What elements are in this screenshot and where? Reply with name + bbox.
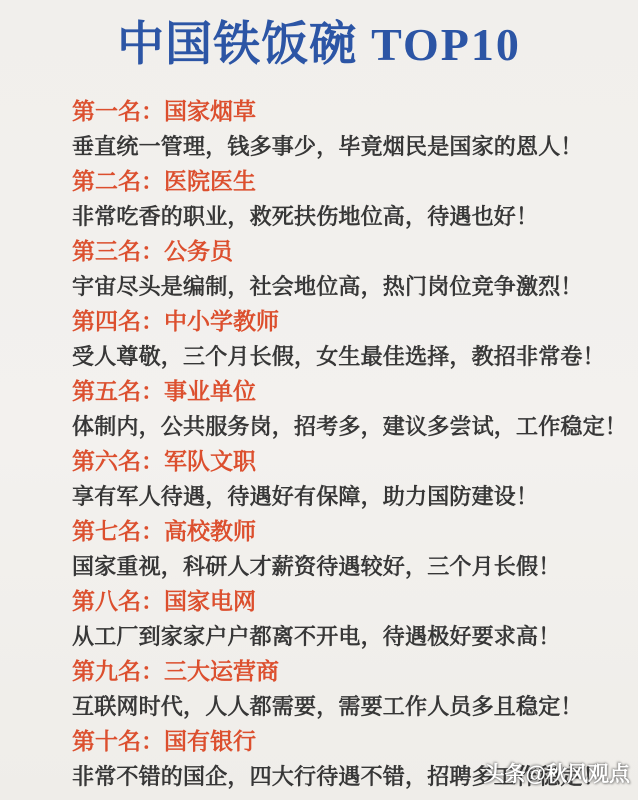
list-item: 第七名：高校教师 国家重视，科研人才薪资待遇较好，三个月长假！ [72,514,602,584]
rank-name: 医院医生 [164,168,256,194]
rank-label: 第七名： [72,518,164,544]
rank-label: 第三名： [72,238,164,264]
rank-desc: 垂直统一管理，钱多事少，毕竟烟民是国家的恩人！ [72,129,602,164]
watermark: 头条@秋风观点 [484,758,630,788]
item-heading: 第三名：公务员 [72,234,602,269]
list-item: 第八名：国家电网 从工厂到家家户户都离不开电，待遇极好要求高！ [72,584,602,654]
rank-name: 军队文职 [164,448,256,474]
page-title: 中国铁饭碗TOP10 [0,0,638,79]
list-item: 第四名：中小学教师 受人尊敬，三个月长假，女生最佳选择，教招非常卷！ [72,304,602,374]
page-title-chinese: 中国铁饭碗 [117,17,357,70]
item-heading: 第十名：国有银行 [72,724,602,759]
item-heading: 第五名：事业单位 [72,374,602,409]
rank-desc: 受人尊敬，三个月长假，女生最佳选择，教招非常卷！ [72,339,602,374]
rank-label: 第九名： [72,658,164,684]
item-heading: 第六名：军队文职 [72,444,602,479]
rank-label: 第二名： [72,168,164,194]
item-heading: 第七名：高校教师 [72,514,602,549]
rank-desc: 从工厂到家家户户都离不开电，待遇极好要求高！ [72,619,602,654]
list-item: 第二名：医院医生 非常吃香的职业，救死扶伤地位高，待遇也好！ [72,164,602,234]
rank-name: 事业单位 [164,378,256,404]
rank-name: 中小学教师 [164,308,279,334]
item-heading: 第八名：国家电网 [72,584,602,619]
list-item: 第六名：军队文职 享有军人待遇，待遇好有保障，助力国防建设！ [72,444,602,514]
list-item: 第一名：国家烟草 垂直统一管理，钱多事少，毕竟烟民是国家的恩人！ [72,94,602,164]
rank-name: 高校教师 [164,518,256,544]
ranking-list: 第一名：国家烟草 垂直统一管理，钱多事少，毕竟烟民是国家的恩人！ 第二名：医院医… [0,94,638,794]
rank-name: 国有银行 [164,728,256,754]
rank-name: 国家烟草 [164,98,256,124]
list-item: 第五名：事业单位 体制内，公共服务岗，招考多，建议多尝试，工作稳定！ [72,374,602,444]
list-item: 第三名：公务员 宇宙尽头是编制，社会地位高，热门岗位竞争激烈！ [72,234,602,304]
ranking-page: 中国铁饭碗TOP10 第一名：国家烟草 垂直统一管理，钱多事少，毕竟烟民是国家的… [0,0,638,800]
list-item: 第九名：三大运营商 互联网时代，人人都需要，需要工作人员多且稳定！ [72,654,602,724]
rank-desc: 非常吃香的职业，救死扶伤地位高，待遇也好！ [72,199,602,234]
rank-desc: 国家重视，科研人才薪资待遇较好，三个月长假！ [72,549,602,584]
rank-desc: 宇宙尽头是编制，社会地位高，热门岗位竞争激烈！ [72,269,602,304]
rank-name: 三大运营商 [164,658,279,684]
rank-desc: 互联网时代，人人都需要，需要工作人员多且稳定！ [72,689,602,724]
item-heading: 第九名：三大运营商 [72,654,602,689]
rank-desc: 享有军人待遇，待遇好有保障，助力国防建设！ [72,479,602,514]
rank-label: 第一名： [72,98,164,124]
item-heading: 第二名：医院医生 [72,164,602,199]
page-title-top10: TOP10 [371,19,521,70]
rank-desc: 体制内，公共服务岗，招考多，建议多尝试，工作稳定！ [72,409,602,444]
rank-label: 第十名： [72,728,164,754]
rank-label: 第六名： [72,448,164,474]
rank-name: 公务员 [164,238,233,264]
rank-label: 第五名： [72,378,164,404]
item-heading: 第一名：国家烟草 [72,94,602,129]
rank-name: 国家电网 [164,588,256,614]
rank-label: 第八名： [72,588,164,614]
rank-label: 第四名： [72,308,164,334]
item-heading: 第四名：中小学教师 [72,304,602,339]
